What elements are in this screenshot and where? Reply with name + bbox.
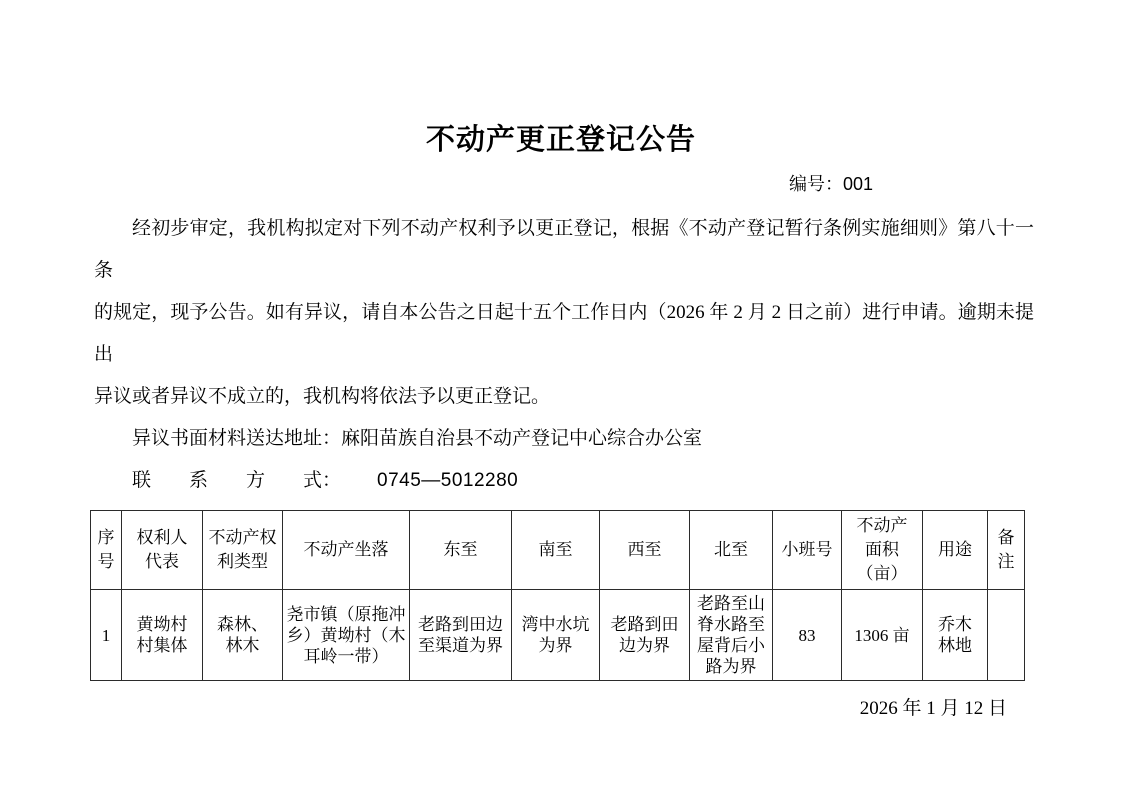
document-page: 不动产更正登记公告 编号：001 经初步审定，我机构拟定对下列不动产权利予以更正…	[0, 0, 1122, 793]
header-south-boundary: 南至	[512, 511, 600, 590]
announcement-date: 2026 年 1 月 12 日	[0, 695, 1122, 723]
announcement-table: 序 号 权利人 代表 不动产权 利类型 不动产坐落 东至 南至 西至 北至 小班…	[90, 510, 1025, 681]
table-row: 1 黄坳村 村集体 森林、 林木 尧市镇（原拖冲 乡）黄坳村（木 耳岭一带） 老…	[91, 590, 1025, 681]
cell-remarks	[988, 590, 1025, 681]
cell-rights-holder-rep: 黄坳村 村集体	[122, 590, 203, 681]
header-east-boundary: 东至	[410, 511, 512, 590]
header-remarks: 备 注	[988, 511, 1025, 590]
contact-phone-number: 0745—5012280	[377, 470, 518, 491]
body-line-3: 异议或者异议不成立的，我机构将依法予以更正登记。	[94, 376, 1034, 418]
table-header-row: 序 号 权利人 代表 不动产权 利类型 不动产坐落 东至 南至 西至 北至 小班…	[91, 511, 1025, 590]
header-subplot-no: 小班号	[773, 511, 842, 590]
cell-right-type: 森林、 林木	[203, 590, 283, 681]
doc-number: 编号：001	[0, 172, 1122, 196]
cell-usage: 乔木 林地	[923, 590, 988, 681]
cell-subplot-no: 83	[773, 590, 842, 681]
header-north-boundary: 北至	[690, 511, 773, 590]
page-title: 不动产更正登记公告	[0, 0, 1122, 159]
cell-south-boundary: 湾中水坑 为界	[512, 590, 600, 681]
contact-label: 联 系 方 式：	[132, 470, 341, 491]
cell-property-area: 1306 亩	[842, 590, 923, 681]
doc-number-value: 001	[843, 174, 873, 194]
header-rights-holder-rep: 权利人 代表	[122, 511, 203, 590]
cell-north-boundary: 老路至山 脊水路至 屋背后小 路为界	[690, 590, 773, 681]
cell-west-boundary: 老路到田 边为界	[600, 590, 690, 681]
header-property-location: 不动产坐落	[283, 511, 410, 590]
address-line: 异议书面材料送达地址：麻阳苗族自治县不动产登记中心综合办公室	[94, 418, 1034, 460]
cell-east-boundary: 老路到田边 至渠道为界	[410, 590, 512, 681]
doc-number-label: 编号：	[789, 174, 843, 194]
body-line-1: 经初步审定，我机构拟定对下列不动产权利予以更正登记，根据《不动产登记暂行条例实施…	[94, 208, 1034, 292]
header-right-type: 不动产权 利类型	[203, 511, 283, 590]
header-seq-no: 序 号	[91, 511, 122, 590]
body-line-2: 的规定，现予公告。如有异议，请自本公告之日起十五个工作日内（2026 年 2 月…	[94, 292, 1034, 376]
contact-line: 联 系 方 式：0745—5012280	[94, 460, 1034, 502]
cell-seq-no: 1	[91, 590, 122, 681]
header-usage: 用途	[923, 511, 988, 590]
announcement-body: 经初步审定，我机构拟定对下列不动产权利予以更正登记，根据《不动产登记暂行条例实施…	[0, 208, 1122, 502]
header-property-area: 不动产 面积（亩）	[842, 511, 923, 590]
cell-property-location: 尧市镇（原拖冲 乡）黄坳村（木 耳岭一带）	[283, 590, 410, 681]
header-west-boundary: 西至	[600, 511, 690, 590]
